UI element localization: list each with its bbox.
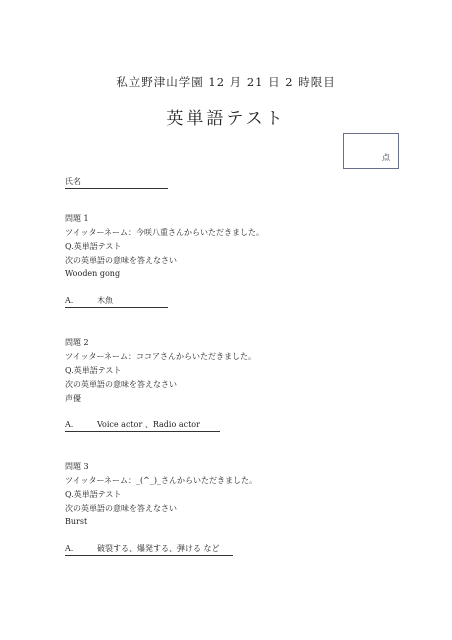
- question-3-word: Burst: [65, 517, 87, 526]
- question-3-answer[interactable]: A.破裂する、爆発する、弾ける など: [65, 543, 233, 556]
- answer-text: 破裂する、爆発する、弾ける など: [97, 544, 220, 553]
- question-2-number: 問題 2: [65, 337, 89, 348]
- exam-header: 私立野津山学園 12 月 21 日 2 時限目: [0, 74, 452, 90]
- question-1-answer[interactable]: A.木魚: [65, 295, 168, 308]
- question-2-type: Q.英単語テスト: [65, 365, 121, 376]
- question-3-type: Q.英単語テスト: [65, 489, 121, 500]
- question-3-number: 問題 3: [65, 461, 89, 472]
- question-2-answer[interactable]: A.Voice actor 、Radio actor: [65, 419, 220, 432]
- question-1-instruction: 次の英単語の意味を答えなさい: [65, 255, 177, 266]
- question-1-number: 問題 1: [65, 213, 89, 224]
- page-title: 英単語テスト: [0, 104, 452, 129]
- question-2-instruction: 次の英単語の意味を答えなさい: [65, 379, 177, 390]
- question-2-credit: ツイッターネーム：ココアさんからいただきました。: [65, 351, 256, 362]
- answer-prefix: A.: [65, 420, 97, 429]
- question-2-word: 声優: [65, 393, 81, 404]
- question-1-credit: ツイッターネーム：今咲八重さんからいただきました。: [65, 227, 264, 238]
- name-field[interactable]: 氏名: [65, 176, 168, 189]
- score-box[interactable]: 点: [343, 133, 399, 169]
- answer-prefix: A.: [65, 296, 97, 305]
- question-1-type: Q.英単語テスト: [65, 241, 121, 252]
- question-3-instruction: 次の英単語の意味を答えなさい: [65, 503, 177, 514]
- answer-prefix: A.: [65, 544, 97, 553]
- answer-text: Voice actor 、Radio actor: [97, 420, 200, 429]
- question-3-credit: ツイッターネーム：_(^_)_さんからいただきました。: [65, 475, 257, 486]
- score-label: 点: [382, 152, 390, 163]
- question-1-word: Wooden gong: [65, 269, 120, 278]
- answer-text: 木魚: [97, 296, 113, 305]
